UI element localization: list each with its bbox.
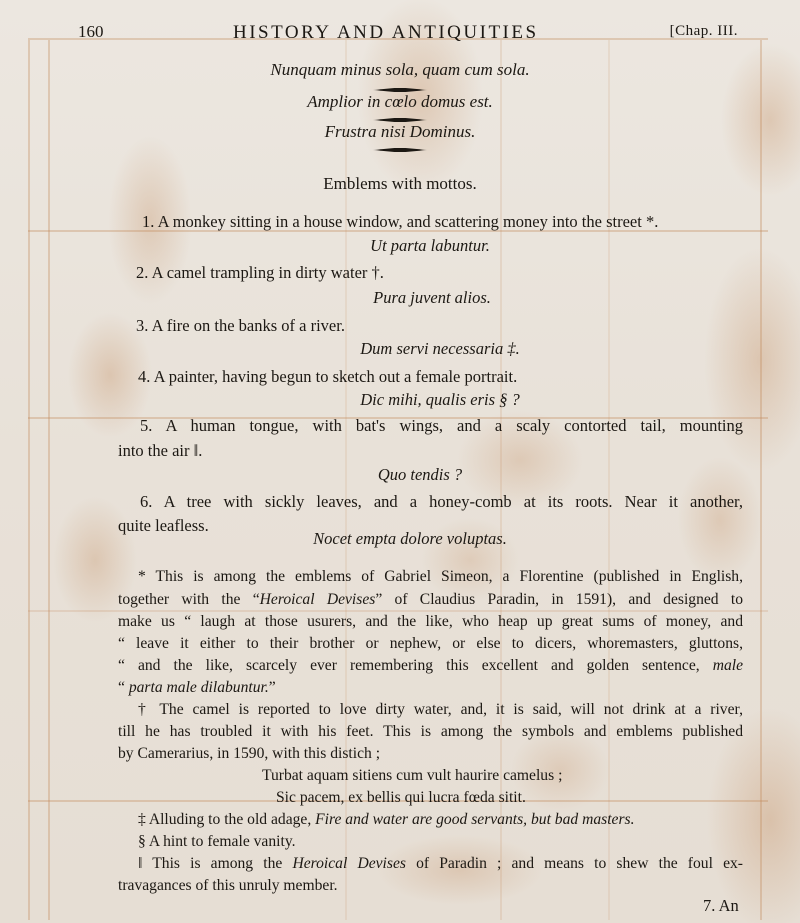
emblem-number: 4. xyxy=(138,367,150,386)
emblem-item: 2. A camel trampling in dirty water †. xyxy=(136,263,384,283)
emblem-item: 5. A human tongue, with bat's wings, and… xyxy=(140,416,743,436)
latin-verse: Turbat aquam sitiens cum vult haurire ca… xyxy=(262,767,562,785)
motto-line: Amplior in cœlo domus est. xyxy=(0,92,800,112)
footnote-section: § A hint to female vanity. xyxy=(138,833,296,851)
book-page: 160 HISTORY AND ANTIQUITIES [Chap. III. … xyxy=(0,0,800,923)
work-title: Heroical Devises xyxy=(292,855,406,872)
emblem-motto: Nocet empta dolore voluptas. xyxy=(10,529,800,549)
chapter-label: [Chap. III. xyxy=(670,23,738,40)
emblem-number: 5. xyxy=(140,416,152,435)
motto-line: Frustra nisi Dominus. xyxy=(0,122,800,142)
footnote-dagger-line: † The camel is reported to love dirty wa… xyxy=(138,701,743,719)
latin-verse: Sic pacem, ex bellis qui lucra fœda siti… xyxy=(276,789,526,807)
adage: Fire and water are good servants, but ba… xyxy=(315,811,634,828)
emblem-text: A fire on the banks of a river. xyxy=(152,316,345,335)
emblem-number: 6. xyxy=(140,492,152,511)
emblem-text-continued: into the air ‖. xyxy=(118,441,202,461)
page-number: 160 xyxy=(78,22,104,42)
emblem-item: 1. A monkey sitting in a house window, a… xyxy=(142,212,658,232)
footnote-asterisk-line: * This is among the emblems of Gabriel S… xyxy=(138,568,743,586)
emblem-motto: Pura juvent alios. xyxy=(32,288,800,308)
emblem-number: 3. xyxy=(136,316,148,335)
ornamental-rule xyxy=(372,148,428,152)
footnote-asterisk-line: “ and the like, scarcely ever rememberin… xyxy=(118,657,743,675)
emblem-item: 3. A fire on the banks of a river. xyxy=(136,316,345,336)
motto-line: Nunquam minus sola, quam cum sola. xyxy=(0,60,800,80)
emblem-text: A painter, having begun to sketch out a … xyxy=(154,367,518,386)
bleed-through-frame-line xyxy=(28,610,768,612)
footnote-asterisk-line: “ leave it either to their brother or ne… xyxy=(118,635,743,653)
catchword: 7. An xyxy=(703,896,739,916)
emblem-motto: Dic mihi, qualis eris § ? xyxy=(40,390,800,410)
footnote-asterisk-line: make us “ laugh at those usurers, and th… xyxy=(118,613,743,631)
footnote-double-dagger: ‡ Alluding to the old adage, Fire and wa… xyxy=(138,811,635,829)
running-head: 160 HISTORY AND ANTIQUITIES [Chap. III. xyxy=(78,22,738,48)
emblem-text: A human tongue, with bat's wings, and a … xyxy=(166,416,744,435)
emblem-number: 2. xyxy=(136,263,148,282)
emblem-text: A tree with sickly leaves, and a honey-c… xyxy=(164,492,743,511)
work-title: Heroical Devises xyxy=(260,591,376,608)
emblem-number: 1. xyxy=(142,212,154,231)
footnote-parallel-line: travagances of this unruly member. xyxy=(118,877,338,895)
emblem-motto: Dum servi necessaria ‡. xyxy=(40,339,800,359)
emblem-motto: Ut parta labuntur. xyxy=(30,236,800,256)
running-title: HISTORY AND ANTIQUITIES xyxy=(233,22,539,44)
emblem-text: A camel trampling in dirty water †. xyxy=(152,263,384,282)
emblem-item: 4. A painter, having begun to sketch out… xyxy=(138,367,517,387)
footnote-asterisk-line: “ parta male dilabuntur.” xyxy=(118,679,276,697)
emblem-item: 6. A tree with sickly leaves, and a hone… xyxy=(140,492,743,512)
footnote-dagger-line: by Camerarius, in 1590, with this distic… xyxy=(118,745,380,763)
emblem-motto: Quo tendis ? xyxy=(20,465,800,485)
footnote-asterisk-line: together with the “Heroical Devises” of … xyxy=(118,591,743,609)
footnote-dagger-line: till he has troubled it with his feet. T… xyxy=(118,723,743,741)
section-heading: Emblems with mottos. xyxy=(0,174,800,194)
footnote-parallel-line: ‖ This is among the Heroical Devises of … xyxy=(138,855,743,873)
emblem-text: A monkey sitting in a house window, and … xyxy=(158,212,659,231)
